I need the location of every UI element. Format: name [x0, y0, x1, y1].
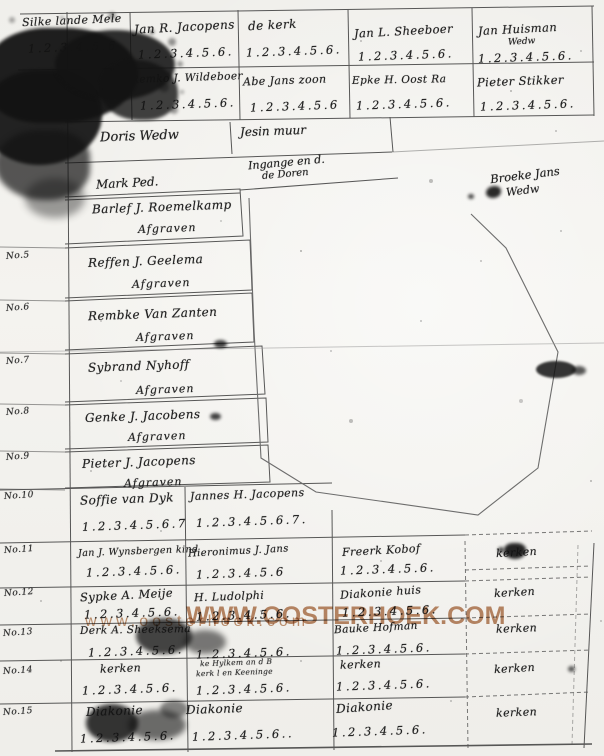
r14-d-kerken: kerken	[494, 661, 536, 676]
margin-no15: No.15	[3, 706, 34, 718]
r14-a-name: kerken	[100, 661, 142, 675]
label-doris-wedw: Doris Wedw	[100, 128, 179, 146]
margin-no6: No.6	[6, 302, 30, 314]
parcel-jacopens-status: Afgraven	[124, 475, 183, 490]
margin-no7: No.7	[6, 355, 30, 367]
top-r2c4-name: Epke H. Oost Ra	[352, 73, 447, 87]
label-jesin-muur: Jesin muur	[240, 123, 306, 139]
ink-dot-parcel-no6	[214, 340, 227, 348]
ink-dot-map-top	[468, 194, 474, 199]
ink-blot-kerken-column	[504, 543, 526, 559]
parcel-roemelkamp-status: Afgraven	[138, 221, 197, 236]
margin-no13: No.13	[3, 627, 34, 639]
r15-d-kerken: kerken	[496, 705, 538, 719]
ink-dot-right-edge	[572, 366, 586, 375]
scanned-cadastral-document: Silke lande Mele 1.2.3.4.5.6 Jan R. Jaco…	[0, 0, 604, 756]
r14-c-name: kerken	[340, 657, 382, 671]
margin-no10: No.10	[4, 490, 35, 502]
r15-b-name: Diakonie	[186, 701, 243, 717]
margin-no5: No.5	[6, 250, 30, 262]
parcel-jacobens-status: Afgraven	[128, 429, 187, 444]
margin-no14: No.14	[3, 665, 34, 677]
ink-dot-kerken-column	[498, 547, 504, 553]
top-r1c3-name: de kerk	[248, 17, 297, 34]
ink-smudge-row13-b	[184, 630, 226, 654]
margin-no11: No.11	[4, 544, 35, 556]
top-r1c5-widow-note: Wedw	[508, 36, 536, 47]
r12-d-kerken: kerken	[494, 585, 536, 600]
crease-line	[0, 343, 604, 352]
margin-no9: No.9	[6, 451, 30, 463]
parcel-nyhoff-status: Afgraven	[136, 382, 195, 397]
ink-dot-bottom-right	[568, 666, 575, 672]
parcel-geelema-status: Afgraven	[132, 276, 191, 291]
ink-blot-row15-c	[160, 700, 188, 718]
margin-no12: No.12	[4, 587, 35, 599]
ink-dot-parcel-no8	[210, 413, 221, 420]
parcel-vanzanten-status: Afgraven	[136, 329, 195, 344]
ink-smudge-right-edge	[536, 361, 576, 378]
margin-no8: No.8	[6, 406, 30, 418]
map-parcel-outline	[249, 198, 558, 515]
watermark-large: WWW.OOSTERHOEK.COM	[186, 602, 505, 631]
